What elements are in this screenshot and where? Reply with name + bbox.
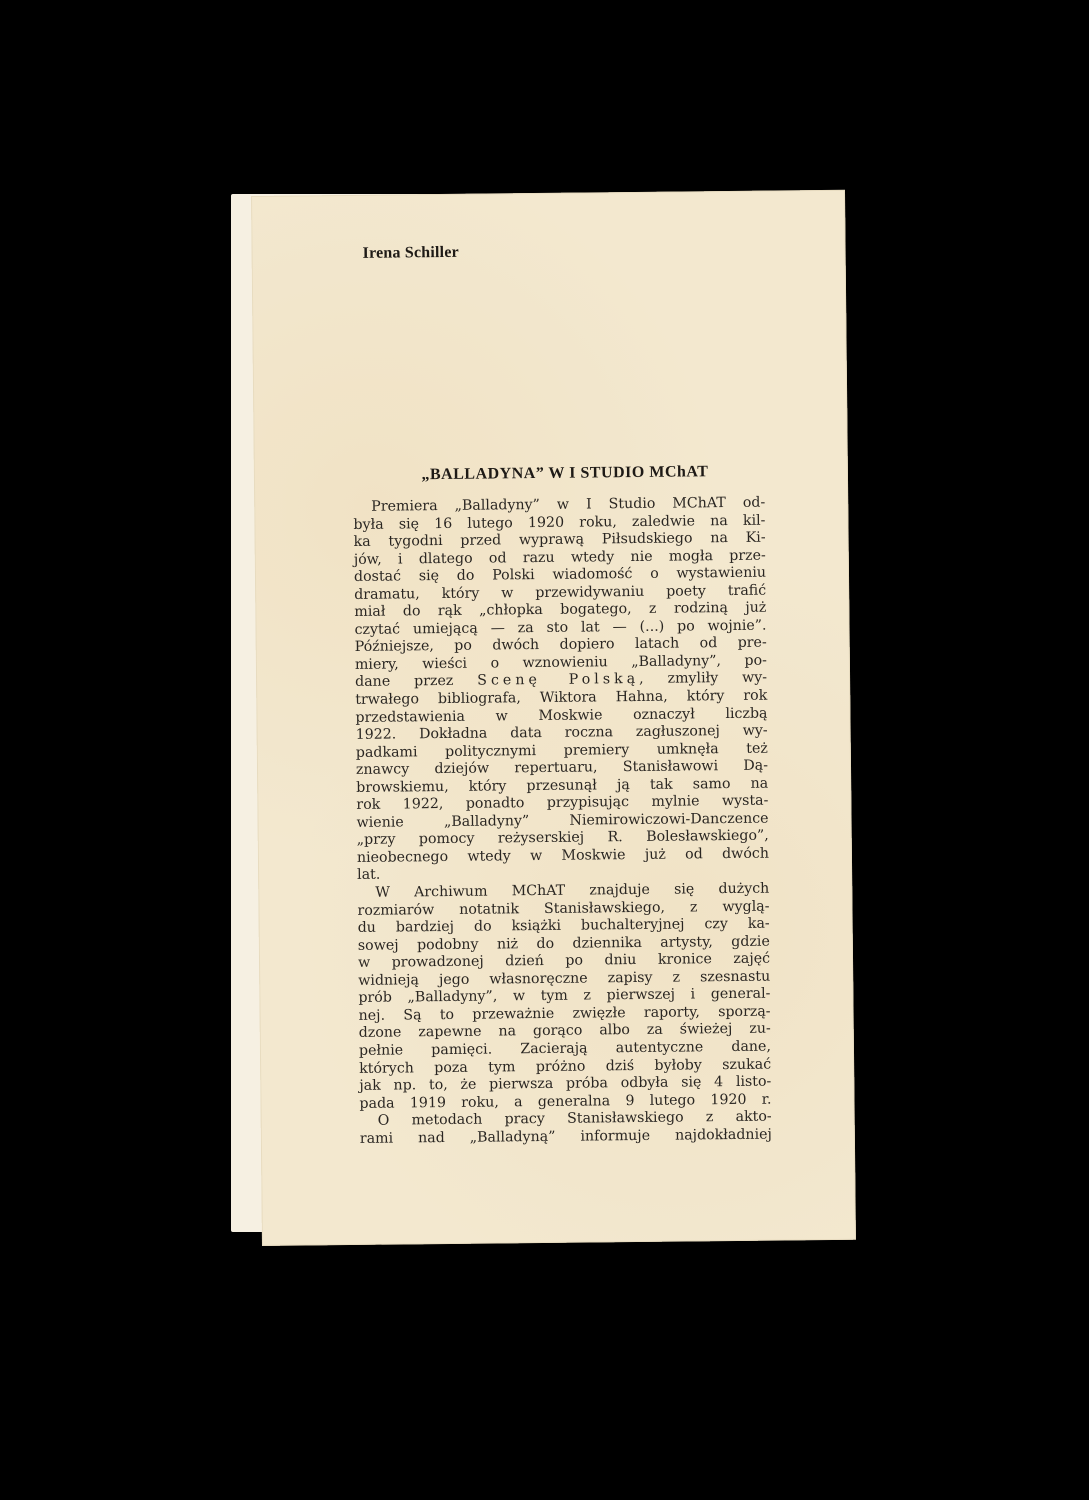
spaced-emphasis: Scenę Polską [477,671,639,689]
author-name: Irena Schiller [363,244,459,263]
document-page: Irena Schiller „BALLADYNA” W I STUDIO MC… [251,190,856,1246]
article-title: „BALLADYNA” W I STUDIO MChAT [365,463,765,485]
article-body: Premiera „Balladyny” w I Studio MChAT od… [353,495,772,1149]
text-line: rami nad „Balladyną” informuje najdokład… [360,1126,772,1148]
text-fragment: , zmyliły wy- [639,670,767,687]
text-fragment: dane przez [355,673,477,690]
